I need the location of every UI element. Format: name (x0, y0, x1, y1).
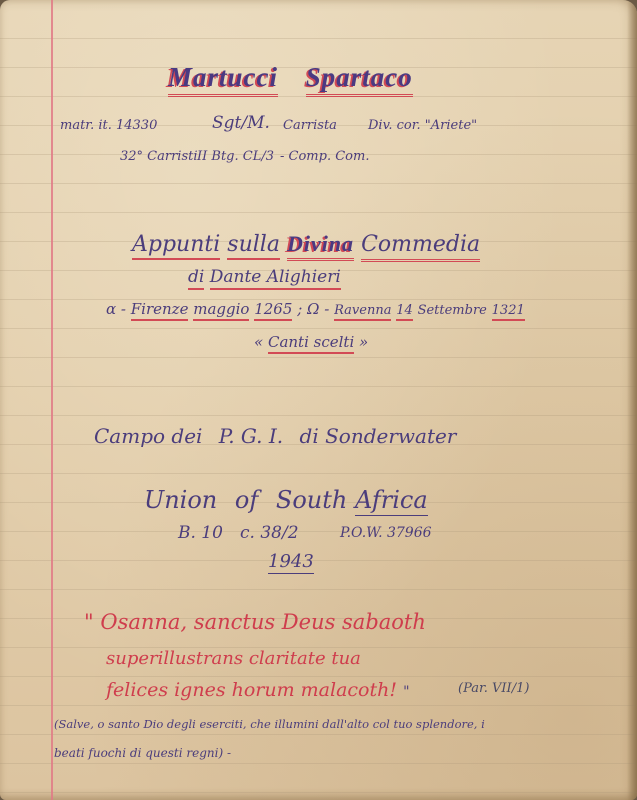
camp-line: Campo dei P. G. I. di Sonderwater (94, 424, 456, 448)
matricola: matr. it. 14330 (60, 118, 157, 133)
birth-year: 1265 (254, 300, 292, 321)
regiment: 32° Carristi (120, 149, 198, 164)
subtitle-open-quote: « (254, 333, 263, 351)
quote-line-2: superillustrans claritate tua (106, 648, 361, 669)
prisoner-cell: c. 38/2 (240, 523, 299, 543)
quote-line-1: " Osanna, sanctus Deus sabaoth (84, 610, 426, 634)
camp-prefix: Campo dei (94, 424, 202, 448)
owner-name: Martucci Spartaco (168, 62, 413, 93)
quote-reference: (Par. VII/1) (458, 681, 529, 696)
subtitle-line: « Canti scelti » (254, 333, 368, 351)
battalion: II Btg. CL/3 (197, 149, 274, 164)
prisoner-block: B. 10 (178, 523, 223, 543)
role: Carrista (283, 118, 337, 133)
pow-number: P.O.W. 37966 (340, 525, 432, 541)
death-month: Settembre (418, 303, 487, 318)
death-place: Ravenna (334, 303, 391, 321)
quote-text-1: Osanna, sanctus Deus sabaoth (100, 610, 426, 634)
company: - Comp. Com. (280, 149, 369, 164)
quote-line-3: felices ignes horum malacoth! " (106, 679, 410, 701)
date-separator: ; (297, 300, 302, 318)
rank: Sgt/M. (212, 113, 270, 133)
subtitle-close-quote: » (359, 333, 368, 351)
country-word-africa: Africa (355, 486, 428, 516)
translation-line-2: beati fuochi di questi regni) - (54, 746, 231, 760)
quote-open-mark: " (84, 610, 94, 634)
birth-symbol: α (106, 300, 116, 318)
notebook-page: Martucci Spartaco matr. it. 14330 Sgt/M.… (0, 0, 637, 800)
country-word-union: Union (144, 486, 217, 514)
country-word-south: South (276, 486, 347, 514)
author-line: di Dante Alighieri (188, 267, 341, 287)
title-word-commedia: Commedia (361, 232, 480, 262)
camp-pgi: P. G. I. (219, 424, 283, 448)
quote-close-mark: " (403, 684, 409, 700)
margin-line (51, 0, 53, 800)
page-edge-shadow (627, 0, 637, 800)
death-symbol: Ω (307, 300, 319, 318)
quote-text-3: felices ignes horum malacoth! (106, 679, 397, 701)
birth-month: maggio (193, 300, 249, 321)
translation-line-1: (Salve, o santo Dio degli eserciti, che … (54, 717, 485, 731)
owner-last-name: Spartaco (306, 62, 413, 97)
country-line: Union of South Africa (144, 486, 428, 514)
death-year: 1321 (492, 303, 525, 321)
camp-location: di Sonderwater (300, 424, 457, 448)
title-word-divina: Divina (287, 231, 354, 261)
subtitle: Canti scelti (268, 333, 354, 354)
author-prefix: di (188, 267, 204, 290)
author-name: Dante Alighieri (210, 267, 341, 290)
country-word-of: of (235, 486, 258, 514)
birth-place: Firenze (131, 300, 189, 321)
title-word-sulla: sulla (227, 232, 280, 260)
title-word-appunti: Appunti (132, 232, 220, 260)
year: 1943 (268, 551, 314, 574)
division: Div. cor. "Ariete" (368, 118, 477, 133)
owner-first-name: Martucci (168, 62, 278, 97)
dates-line: α - Firenze maggio 1265 ; Ω - Ravenna 14… (106, 300, 525, 318)
death-day: 14 (396, 303, 413, 321)
year-line: 1943 (268, 551, 314, 572)
work-title: Appunti sulla Divina Commedia (132, 231, 480, 257)
